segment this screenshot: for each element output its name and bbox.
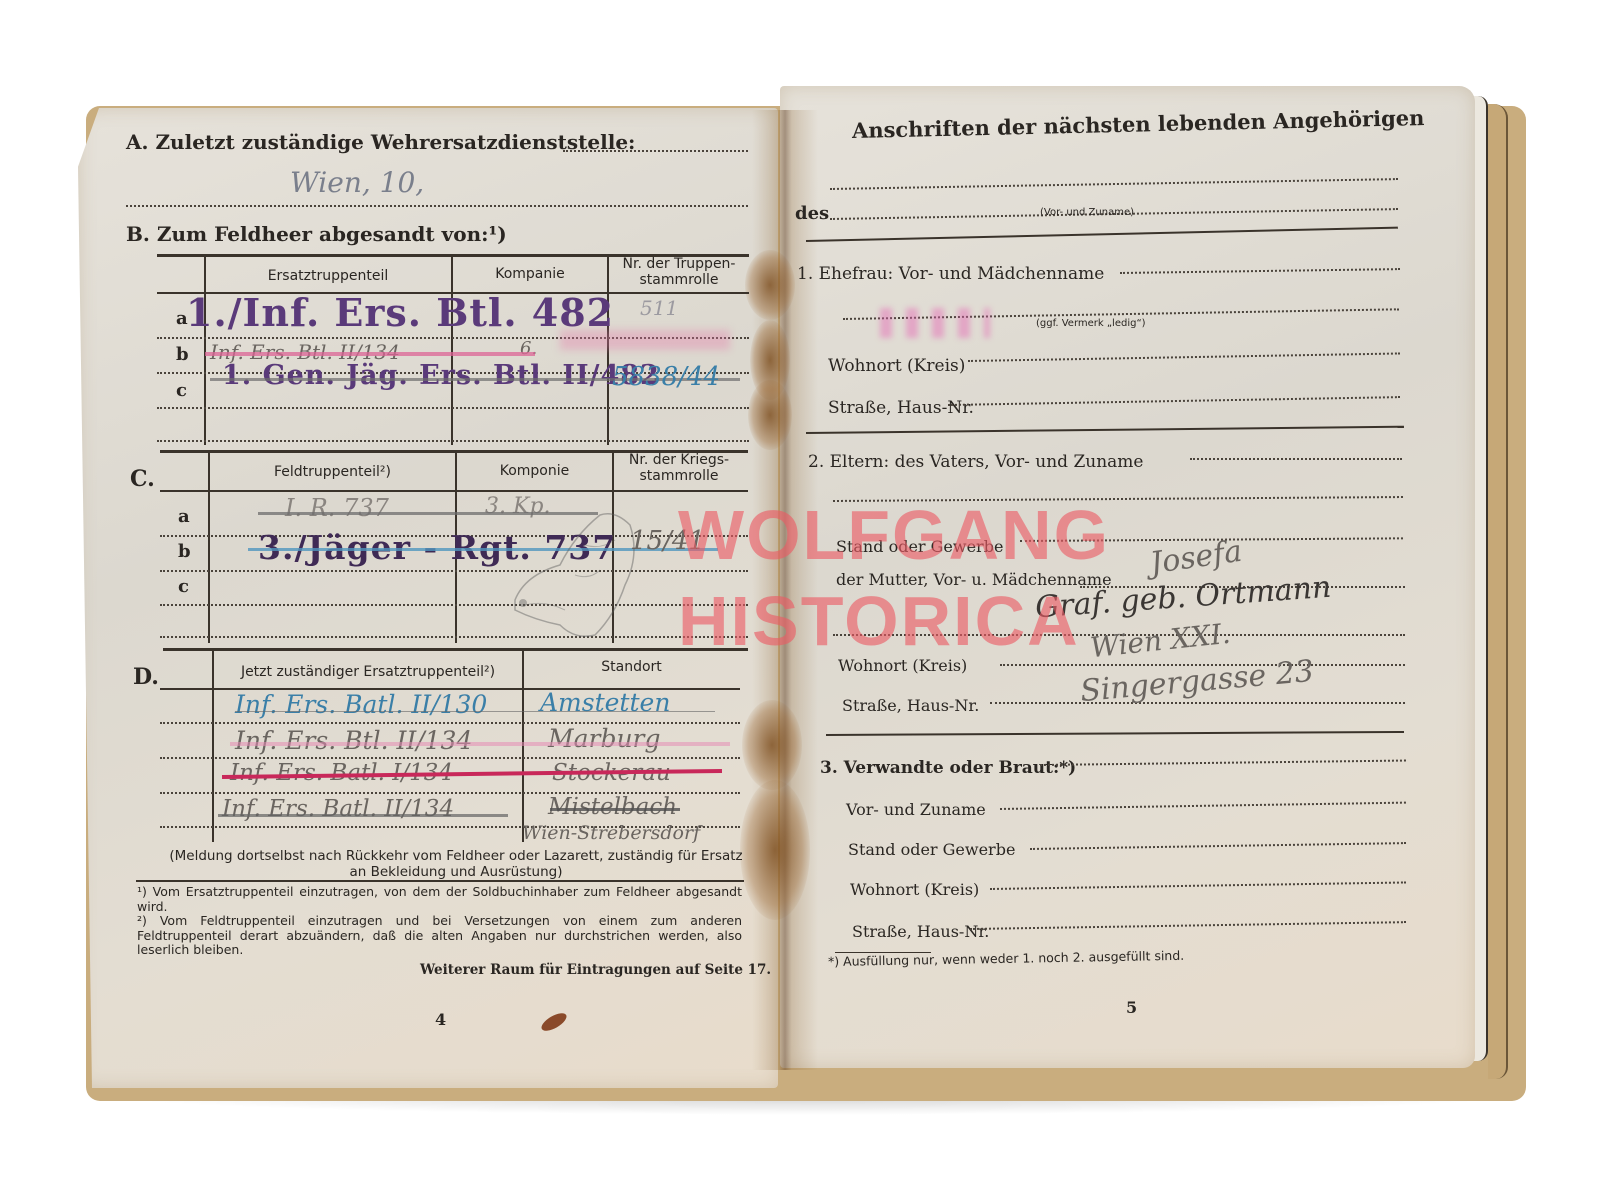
dotted-line — [160, 757, 740, 759]
footnotes: ¹) Vom Ersatztruppenteil einzutragen, vo… — [137, 885, 742, 958]
section-d-row-1-location: Amstetten — [540, 688, 670, 717]
col-header-komponie: Komponie — [457, 463, 612, 479]
rust-stain — [748, 380, 792, 450]
ehefrau-strasse-label: Straße, Haus-Nr. — [828, 398, 974, 418]
back-cover-edge — [1488, 104, 1508, 1079]
section-d-row-4-location: Mistelbach — [548, 794, 677, 820]
rust-stain — [742, 700, 802, 790]
verwandte-wohnort-label: Wohnort (Kreis) — [850, 880, 979, 899]
verwandte-stand-label: Stand oder Gewerbe — [848, 840, 1015, 859]
section-d-extra-location: Wien-Strebersdorf — [522, 822, 700, 844]
col-header-ersatztruppenteil: Ersatztruppenteil — [206, 268, 450, 284]
footnote-rule — [136, 880, 744, 882]
section-b-letter: B. — [126, 222, 150, 246]
section-d-row-4-unit: Inf. Ers. Batl. II/134 — [222, 796, 454, 822]
page-number-left: 4 — [435, 1010, 446, 1029]
ehefrau-wohnort-label: Wohnort (Kreis) — [828, 356, 965, 376]
section-d-row-2-location: Marburg — [548, 724, 661, 753]
col-header-jetzt-zustaendig: Jetzt zuständiger Ersatztruppenteil²) — [214, 664, 522, 680]
col-header-kriegsstammrolle: Nr. der Kriegs-stammrolle — [614, 452, 744, 484]
col-header-standort: Standort — [524, 659, 739, 675]
eltern-strasse-label: Straße, Haus-Nr. — [842, 696, 979, 715]
section-c-letter: C. — [130, 466, 155, 492]
section-d-note-line1: (Meldung dortselbst nach Rückkehr vom Fe… — [166, 848, 746, 864]
watermark-line2: HISTORICA — [678, 584, 1080, 658]
row-label-c: c — [178, 576, 189, 597]
footnote-2: ²) Vom Feldtruppenteil einzutragen und b… — [137, 914, 742, 958]
strike-line — [235, 711, 715, 712]
section-b-row-c-unit-stamp: 1. Gen. Jäg. Ers. Btl. II/482 — [222, 360, 660, 391]
section-b-row-c-roll-number: 5838/44 — [612, 362, 720, 392]
strike-line — [230, 742, 730, 746]
dotted-line — [160, 636, 748, 638]
section-d-note-line2: an Bekleidung und Ausrüstung) — [166, 864, 746, 880]
strike-line — [205, 352, 535, 356]
section-a-handwritten-value: Wien, 10, — [290, 166, 424, 199]
table-divider — [522, 650, 524, 842]
section-a-letter: A. — [126, 130, 148, 154]
row-label-b: b — [176, 344, 189, 365]
des-label: des — [795, 203, 829, 224]
dotted-line — [157, 440, 749, 442]
rust-stain — [740, 780, 810, 920]
watermark-line1: WOLFGANG — [678, 498, 1110, 572]
dotted-line — [126, 205, 748, 207]
table-rule — [160, 490, 748, 492]
dotted-line — [990, 702, 1405, 704]
des-sublabel: (Vor- und Zuname) — [1040, 207, 1134, 218]
page-number-right: 5 — [1126, 998, 1137, 1017]
section-b-heading: B. Zum Feldheer abgesandt von:¹) — [126, 222, 507, 246]
verwandte-name-label: Vor- und Zuname — [846, 800, 986, 819]
col-header-stammrolle: Nr. der Truppen-stammrolle — [609, 256, 749, 288]
wolf-head-stamp-icon — [505, 505, 645, 645]
dotted-line — [160, 570, 748, 572]
pink-stain — [560, 330, 730, 350]
table-rule — [163, 648, 748, 651]
section-d-letter: D. — [133, 664, 159, 690]
section-d-row-2-unit: Inf. Ers. Btl. II/134 — [235, 726, 472, 755]
footnote-1: ¹) Vom Ersatztruppenteil einzutragen, vo… — [137, 885, 742, 914]
col-header-feldtruppenteil: Feldtruppenteil²) — [210, 464, 455, 480]
eltern-label: 2. Eltern: des Vaters, Vor- und Zuname — [808, 452, 1143, 472]
dotted-line — [563, 150, 748, 152]
strike-line — [550, 808, 680, 811]
row-label-b: b — [178, 541, 191, 562]
strike-line — [218, 814, 508, 817]
verwandte-label: 3. Verwandte oder Braut:*) — [820, 758, 1076, 778]
col-header-kompanie: Kompanie — [453, 266, 607, 282]
section-d-note: (Meldung dortselbst nach Rückkehr vom Fe… — [166, 848, 746, 880]
table-divider — [451, 255, 453, 445]
section-b-row-a-roll-number: 511 — [640, 296, 678, 320]
section-b-label: Zum Feldheer abgesandt von:¹) — [157, 222, 507, 246]
dotted-line — [1190, 458, 1402, 460]
continuation-note: Weiterer Raum für Eintragungen auf Seite… — [420, 962, 771, 978]
verwandte-strasse-label: Straße, Haus-Nr. — [852, 922, 989, 941]
row-label-c: c — [176, 380, 187, 401]
rust-stain — [745, 250, 795, 320]
row-label-a: a — [178, 506, 190, 527]
ehefrau-sublabel: (ggf. Vermerk „ledig“) — [1036, 318, 1146, 329]
section-d-row-1-unit: Inf. Ers. Batl. II/130 — [235, 690, 487, 719]
section-a-heading: A. Zuletzt zuständige Wehrersatzdienstst… — [126, 130, 635, 154]
dotted-line — [157, 407, 749, 409]
section-c-row-a-unit: I. R. 737 — [285, 494, 389, 522]
dotted-line — [160, 604, 748, 606]
pink-stain — [880, 308, 990, 338]
section-b-row-a-unit-stamp: 1./Inf. Ers. Btl. 482 — [186, 290, 614, 335]
ehefrau-label: 1. Ehefrau: Vor- und Mädchenname — [797, 264, 1104, 284]
